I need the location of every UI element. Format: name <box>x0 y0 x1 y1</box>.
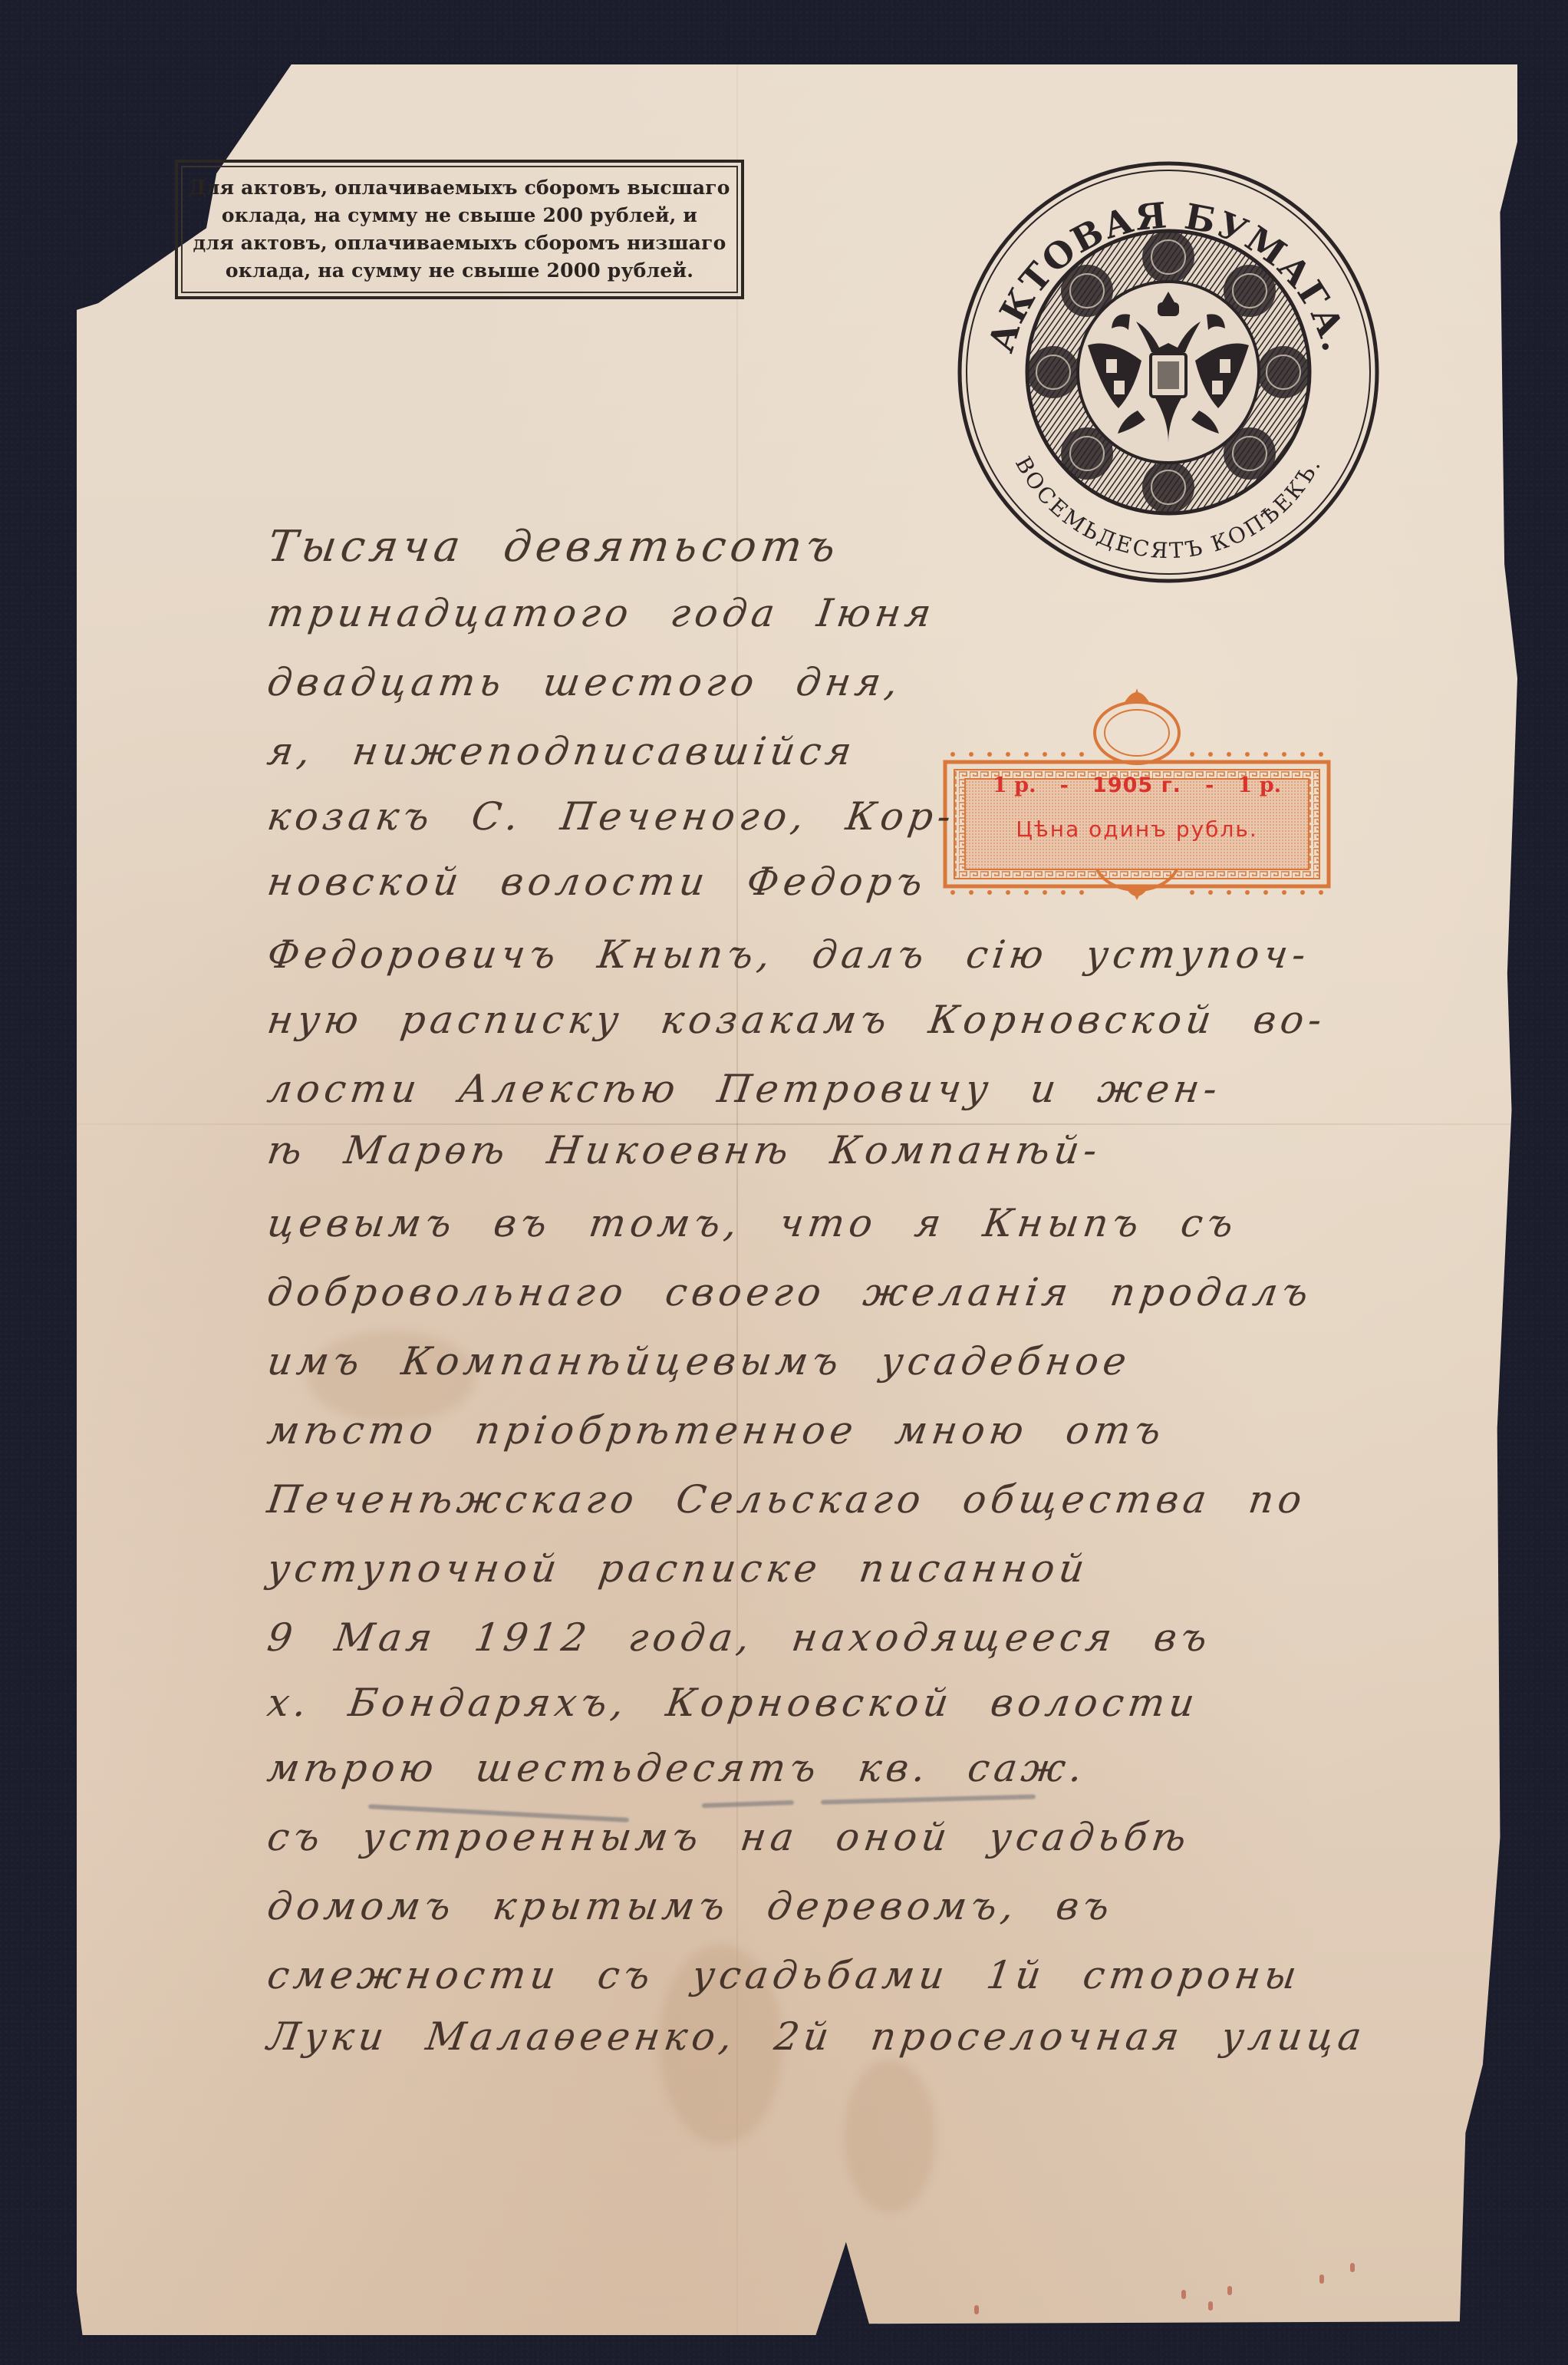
handwritten-line: уступочной расписке писанной <box>265 1546 1092 1591</box>
handwritten-line: козакъ С. Печеного, Кор- <box>265 794 958 839</box>
paper-stain <box>844 2060 936 2213</box>
handwritten-line: ѣ Марѳѣ Никоевнѣ Компанѣй- <box>265 1128 1105 1173</box>
handwritten-line: ную расписку козакамъ Корновской во- <box>265 998 1329 1042</box>
seal-graphic: АКТОВАЯ БУМАГА. ВОСЕМЬДЕСЯТЪ КОПѢЕКЪ. <box>954 157 1383 587</box>
notice-line: оклада, на сумму не свыше 200 рублей, и <box>222 202 697 229</box>
stamp-paper-seal: АКТОВАЯ БУМАГА. ВОСЕМЬДЕСЯТЪ КОПѢЕКЪ. <box>954 157 1383 587</box>
rust-spot <box>1350 2263 1355 2272</box>
rust-spot <box>974 2305 979 2314</box>
price-separator: - <box>1060 773 1069 797</box>
rust-spot <box>1181 2290 1186 2299</box>
price-stamp-text: 1 р. - 1905 г. - 1 р. Цѣна одинъ рубль. <box>993 764 1281 852</box>
price-text: Цѣна одинъ рубль. <box>1016 816 1258 842</box>
handwritten-line: имъ Компанѣйцевымъ усадебное <box>265 1339 1134 1384</box>
price-stamp: 1 р. - 1905 г. - 1 р. Цѣна одинъ рубль. <box>937 679 1336 909</box>
rust-spot <box>1208 2301 1213 2311</box>
handwritten-line: Федоровичъ Кныпъ, далъ сiю уступоч- <box>265 932 1313 977</box>
price-left-value: 1 р. <box>993 773 1036 797</box>
handwritten-line: цевымъ въ томъ, что я Кныпъ съ <box>265 1201 1240 1245</box>
price-line-year: 1 р. - 1905 г. - 1 р. <box>993 773 1281 797</box>
handwritten-line: домомъ крытымъ деревомъ, въ <box>265 1884 1117 1928</box>
stamp-duty-notice-box: Для актовъ, оплачиваемыхъ сборомъ высшаг… <box>175 160 744 299</box>
paper-fold-horizontal <box>77 1123 1517 1125</box>
handwritten-line: добровольнаго своего желанiя продалъ <box>265 1270 1316 1314</box>
notice-line: оклада, на сумму не свыше 2000 рублей. <box>226 257 693 285</box>
handwritten-line: двадцать шестого дня, <box>265 660 905 704</box>
notice-line: Для актовъ, оплачиваемыхъ сборомъ высшаг… <box>189 174 730 202</box>
handwritten-line: Луки Малаѳеенко, 2й проселочная улица <box>265 2014 1369 2059</box>
rust-spot <box>1227 2286 1232 2295</box>
rust-spot <box>1319 2274 1324 2284</box>
handwritten-line: я, нижеподписавшiйся <box>265 729 859 773</box>
stamp-year: 1905 г. <box>1092 773 1181 797</box>
price-separator: - <box>1205 773 1214 797</box>
notice-line: для актовъ, оплачиваемыхъ сборомъ низшаг… <box>193 229 726 257</box>
price-right-value: 1 р. <box>1238 773 1281 797</box>
handwritten-line: тринадцатого года Iюня <box>265 591 938 635</box>
handwritten-line: х. Бондаряхъ, Корновской волости <box>265 1681 1202 1725</box>
handwritten-line: 9 Мая 1912 года, находящееся въ <box>265 1615 1214 1660</box>
handwritten-line: съ устроеннымъ на оной усадьбѣ <box>265 1815 1194 1859</box>
handwritten-line: лости Алексѣю Петровичу и жен- <box>265 1067 1224 1111</box>
handwritten-line: мѣрою шестьдесятъ кв. саж. <box>265 1746 1090 1790</box>
handwritten-line: Тысяча девятьсотъ <box>265 522 843 572</box>
handwritten-line: смежности съ усадьбами 1й стороны <box>265 1953 1304 1997</box>
handwritten-line: мѣсто прiобрѣтенное мною отъ <box>265 1408 1168 1453</box>
handwritten-line: новской волости Федоръ <box>265 859 930 904</box>
handwritten-line: Печенѣжскаго Сельскаго общества по <box>265 1477 1309 1522</box>
